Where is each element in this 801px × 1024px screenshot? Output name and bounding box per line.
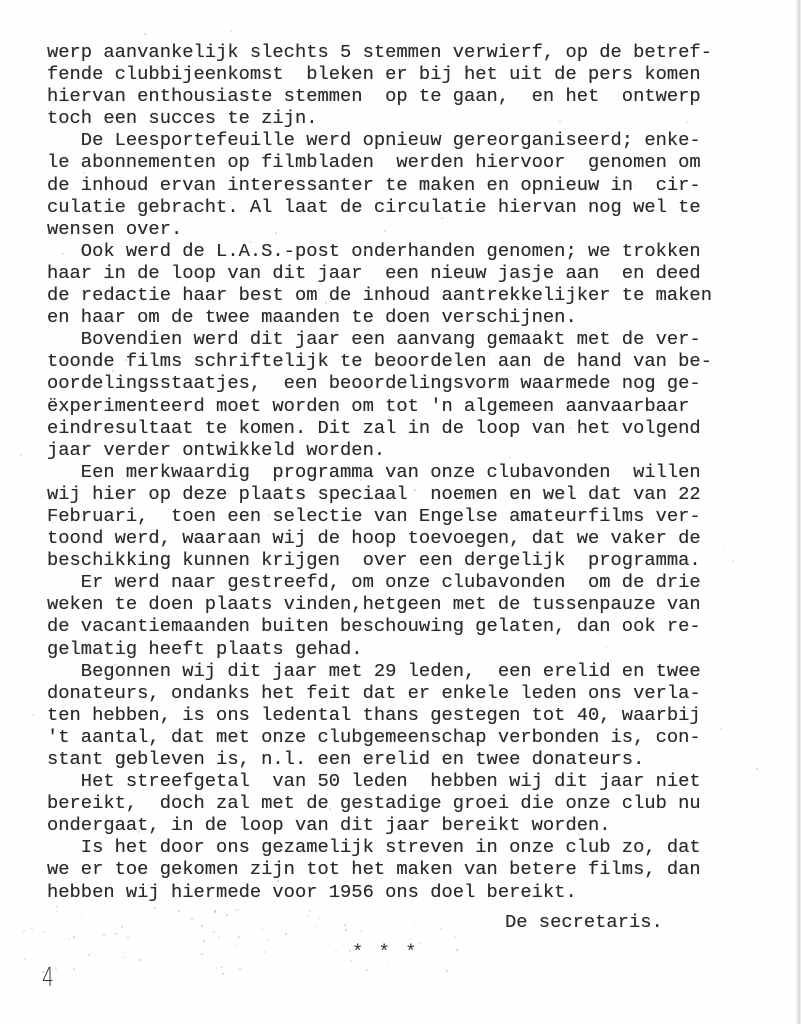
text-line: le abonnementen op filmbladen werden hie… — [47, 151, 747, 173]
section-separator: * * * — [352, 941, 418, 963]
document-page: werp aanvankelijk slechts 5 stemmen verw… — [0, 0, 801, 1024]
paragraph-leesportefeuille: De Leesportefeuille werd opnieuw gereorg… — [47, 129, 747, 239]
text-line: en haar om de twee maanden te doen versc… — [47, 306, 747, 328]
text-line: haar in de loop van dit jaar een nieuw j… — [47, 262, 747, 284]
paragraph-leden: Begonnen wij dit jaar met 29 leden, een … — [47, 660, 747, 770]
text-line: beschikking kunnen krijgen over een derg… — [47, 549, 747, 571]
text-line: toonde films schriftelijk te beoordelen … — [47, 350, 747, 372]
paragraph-streefgetal: Het streefgetal van 50 leden hebben wij … — [47, 770, 747, 836]
text-line: bereikt, doch zal met de gestadige groei… — [47, 792, 747, 814]
page-edge-shadow — [795, 0, 801, 1024]
text-line: Een merkwaardig programma van onze cluba… — [47, 461, 747, 483]
paragraph-programma: Een merkwaardig programma van onze cluba… — [47, 461, 747, 571]
text-line: donateurs, ondanks het feit dat er enkel… — [47, 682, 747, 704]
paragraph-ontwerp: werp aanvankelijk slechts 5 stemmen verw… — [47, 41, 747, 129]
text-line: stant gebleven is, n.l. een erelid en tw… — [47, 748, 747, 770]
text-line: toond werd, waaraan wij de hoop toevoege… — [47, 527, 747, 549]
text-line: toch een succes te zijn. — [47, 107, 747, 129]
text-line: Het streefgetal van 50 leden hebben wij … — [47, 770, 747, 792]
text-line: eindresultaat te komen. Dit zal in de lo… — [47, 417, 747, 439]
paragraph-las-post: Ook werd de L.A.S.-post onderhanden geno… — [47, 240, 747, 328]
text-line: Is het door ons gezamelijk streven in on… — [47, 836, 747, 858]
paragraph-clubavonden: Er werd naar gestreefd, om onze clubavon… — [47, 571, 747, 659]
text-line: gelmatig heeft plaats gehad. — [47, 638, 747, 660]
text-line: Er werd naar gestreefd, om onze clubavon… — [47, 571, 747, 593]
text-line: hebben wij hiermede voor 1956 ons doel b… — [47, 881, 747, 903]
signature: De secretaris. — [505, 911, 663, 933]
text-line: culatie gebracht. Al laat de circulatie … — [47, 196, 747, 218]
text-line: Begonnen wij dit jaar met 29 leden, een … — [47, 660, 747, 682]
text-line: fende clubbijeenkomst bleken er bij het … — [47, 63, 747, 85]
paragraph-beoordeling: Bovendien werd dit jaar een aanvang gema… — [47, 328, 747, 461]
page-number: 4 — [42, 963, 54, 993]
text-line: Februari, toen een selectie van Engelse … — [47, 505, 747, 527]
text-line: werp aanvankelijk slechts 5 stemmen verw… — [47, 41, 747, 63]
text-line: 't aantal, dat met onze clubgemeenschap … — [47, 726, 747, 748]
text-line: hiervan enthousiaste stemmen op te gaan,… — [47, 85, 747, 107]
text-line: De Leesportefeuille werd opnieuw gereorg… — [47, 129, 747, 151]
text-line: jaar verder ontwikkeld worden. — [47, 439, 747, 461]
text-line: Ook werd de L.A.S.-post onderhanden geno… — [47, 240, 747, 262]
text-line: de vacantiemaanden buiten beschouwing ge… — [47, 615, 747, 637]
text-line: ondergaat, in de loop van dit jaar berei… — [47, 814, 747, 836]
text-line: ten hebben, is ons ledental thans gesteg… — [47, 704, 747, 726]
text-line: ëxperimenteerd moet worden om tot 'n alg… — [47, 395, 747, 417]
text-line: weken te doen plaats vinden,hetgeen met … — [47, 593, 747, 615]
text-line: de redactie haar best om de inhoud aantr… — [47, 284, 747, 306]
body-text: werp aanvankelijk slechts 5 stemmen verw… — [47, 41, 747, 903]
text-line: wensen over. — [47, 218, 747, 240]
text-line: wij hier op deze plaats speciaal noemen … — [47, 483, 747, 505]
text-line: we er toe gekomen zijn tot het maken van… — [47, 858, 747, 880]
text-line: de inhoud ervan interessanter te maken e… — [47, 174, 747, 196]
text-line: oordelingsstaatjes, een beoordelingsvorm… — [47, 372, 747, 394]
paragraph-doel: Is het door ons gezamelijk streven in on… — [47, 836, 747, 902]
text-line: Bovendien werd dit jaar een aanvang gema… — [47, 328, 747, 350]
